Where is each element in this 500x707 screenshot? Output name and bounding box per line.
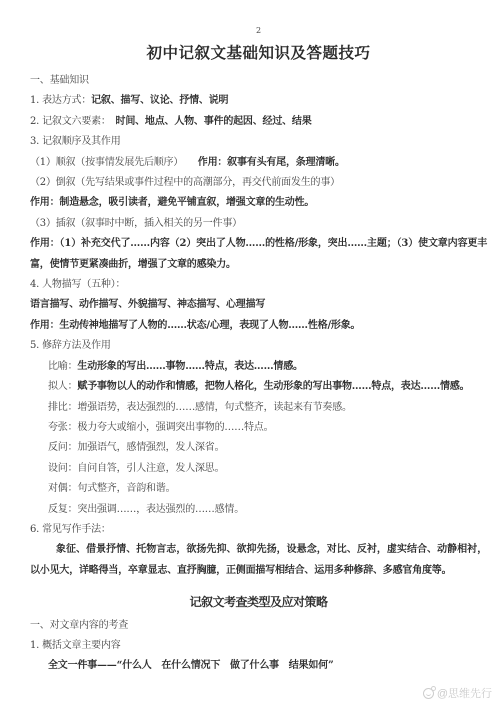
item-narrative-order: 3. 记叙顺序及其作用 <box>30 132 487 152</box>
text-run: 4. 人物描写（五种）： <box>30 279 125 290</box>
text-run: 6. 常见写作手法： <box>30 524 111 535</box>
text-run: 3. 记叙顺序及其作用 <box>30 136 121 147</box>
text-run: 全文一件事——“什么人 在什么情况下 做了什么事 结果如何” <box>48 660 334 671</box>
item-fanfu: 反复：突出强调……，表达强烈的……感情。 <box>30 500 487 520</box>
item-biyu: 比喻：生动形象的写出……事物……特点，表达……情感。 <box>30 357 487 377</box>
text-run: 夸张：极力夸大或缩小，强调突出事物的……特点。 <box>48 422 273 433</box>
text-run: 记叙文考查类型及应对策略 <box>189 595 327 609</box>
weibo-emoji-icon <box>423 688 434 699</box>
document-body: 2 初中记叙文基础知识及答题技巧 一、基础知识1. 表达方式：记叙、描写、议论、… <box>0 0 500 677</box>
text-run: 记叙、描写、议论、抒情、说明 <box>91 95 228 106</box>
item-shunxu: （1）顺叙（按事情发展先后顺序） 作用：叙事有头有尾，条理清晰。 <box>30 153 487 173</box>
item-techniques-list: 象征、借景抒情、托物言志，欲扬先抑、欲抑先扬，设悬念，对比、反衬，虚实结合、动静… <box>30 540 487 581</box>
text-run: 作用：（1）补充交代了……内容（2）突出了人物……的性格/形象，突出……主题；（… <box>30 238 487 269</box>
text-run: （1）顺叙（按事情发展先后顺序） <box>30 157 198 168</box>
section2-title: 记叙文考查类型及应对策略 <box>30 592 487 612</box>
text-run: 作用：叙事有头有尾，条理清晰。 <box>198 157 345 168</box>
text-run: 作用：生动传神地描写了人物的……状态/心理，表现了人物……性格/形象。 <box>30 320 360 331</box>
text-run: 排比：增强语势，表达强烈的……感情，句式整齐，读起来有节奏感。 <box>48 402 352 413</box>
watermark-text: @思维先行 <box>437 685 492 701</box>
item-kuazhang: 夸张：极力夸大或缩小，强调突出事物的……特点。 <box>30 418 487 438</box>
text-run: 拟人： <box>48 381 77 392</box>
item-daoxu-effect: 作用：制造悬念，吸引读者，避免平铺直叙，增强文章的生动性。 <box>30 193 487 213</box>
text-run: 5. 修辞方法及作用 <box>30 340 111 351</box>
text-run: 生动形象的写出……事物……特点，表达……情感。 <box>77 361 302 372</box>
text-run: 一、基础知识 <box>30 75 89 86</box>
item-summary-formula: 全文一件事——“什么人 在什么情况下 做了什么事 结果如何” <box>30 656 487 676</box>
text-run: 赋予事物以人的动作和情感，把物人格化，生动形象的写出事物……特点，表达……情感。 <box>77 381 469 392</box>
item-paibi: 排比：增强语势，表达强烈的……感情，句式整齐，读起来有节奏感。 <box>30 398 487 418</box>
text-run: 象征、借景抒情、托物言志，欲扬先抑、欲抑先扬，设悬念，对比、反衬，虚实结合、动静… <box>30 544 487 575</box>
item-niren: 拟人：赋予事物以人的动作和情感，把物人格化，生动形象的写出事物……特点，表达……… <box>30 377 487 397</box>
item-fanwen: 反问：加强语气，感情强烈，发人深省。 <box>30 438 487 458</box>
document-lines: 一、基础知识1. 表达方式：记叙、描写、议论、抒情、说明2. 记叙文六要素： 时… <box>30 71 487 677</box>
text-run: 比喻： <box>48 361 77 372</box>
text-run: 反复：突出强调……，表达强烈的……感情。 <box>48 504 244 515</box>
item-description-effect: 作用：生动传神地描写了人物的……状态/心理，表现了人物……性格/形象。 <box>30 316 487 336</box>
text-run: 一、对文章内容的考查 <box>30 620 128 631</box>
item-description-types: 语言描写、动作描写、外貌描写、神态描写、心理描写 <box>30 295 487 315</box>
watermark: @思维先行 <box>423 685 492 701</box>
text-run: 作用：制造悬念，吸引读者，避免平铺直叙，增强文章的生动性。 <box>30 197 314 208</box>
page-number: 2 <box>30 26 487 36</box>
text-run: 时间、地点、人物、事件的起因、经过、结果 <box>116 116 312 127</box>
item-shewen: 设问：自问自答，引人注意，发人深思。 <box>30 459 487 479</box>
text-run: 反问：加强语气，感情强烈，发人深省。 <box>48 442 224 453</box>
text-run: 设问：自问自答，引人注意，发人深思。 <box>48 463 224 474</box>
text-run: 1. 表达方式： <box>30 95 91 106</box>
item-writing-techniques: 6. 常见写作手法： <box>30 520 487 540</box>
section-content-exam: 一、对文章内容的考查 <box>30 616 487 636</box>
item-rhetoric: 5. 修辞方法及作用 <box>30 336 487 356</box>
item-character-description: 4. 人物描写（五种）： <box>30 275 487 295</box>
item-expression-modes: 1. 表达方式：记叙、描写、议论、抒情、说明 <box>30 91 487 111</box>
item-summarize-content: 1. 概括文章主要内容 <box>30 636 487 656</box>
text-run: 1. 概括文章主要内容 <box>30 640 121 651</box>
document-page: 2 初中记叙文基础知识及答题技巧 一、基础知识1. 表达方式：记叙、描写、议论、… <box>0 0 500 707</box>
text-run: 语言描写、动作描写、外貌描写、神态描写、心理描写 <box>30 299 265 310</box>
item-duiou: 对偶：句式整齐，音韵和谐。 <box>30 479 487 499</box>
text-run: （2）倒叙（先写结果或事件过程中的高潮部分，再交代前面发生的事） <box>30 177 340 188</box>
section-basic-knowledge: 一、基础知识 <box>30 71 487 91</box>
text-run: 对偶：句式整齐，音韵和谐。 <box>48 483 175 494</box>
item-chaxu: （3）插叙（叙事时中断，插入相关的另一件事） <box>30 214 487 234</box>
item-chaxu-effect: 作用：（1）补充交代了……内容（2）突出了人物……的性格/形象，突出……主题；（… <box>30 234 487 275</box>
text-run: 2. 记叙文六要素： <box>30 116 116 127</box>
item-daoxu: （2）倒叙（先写结果或事件过程中的高潮部分，再交代前面发生的事） <box>30 173 487 193</box>
item-six-elements: 2. 记叙文六要素： 时间、地点、人物、事件的起因、经过、结果 <box>30 112 487 132</box>
text-run: （3）插叙（叙事时中断，插入相关的另一件事） <box>30 218 242 229</box>
document-title: 初中记叙文基础知识及答题技巧 <box>30 44 487 62</box>
